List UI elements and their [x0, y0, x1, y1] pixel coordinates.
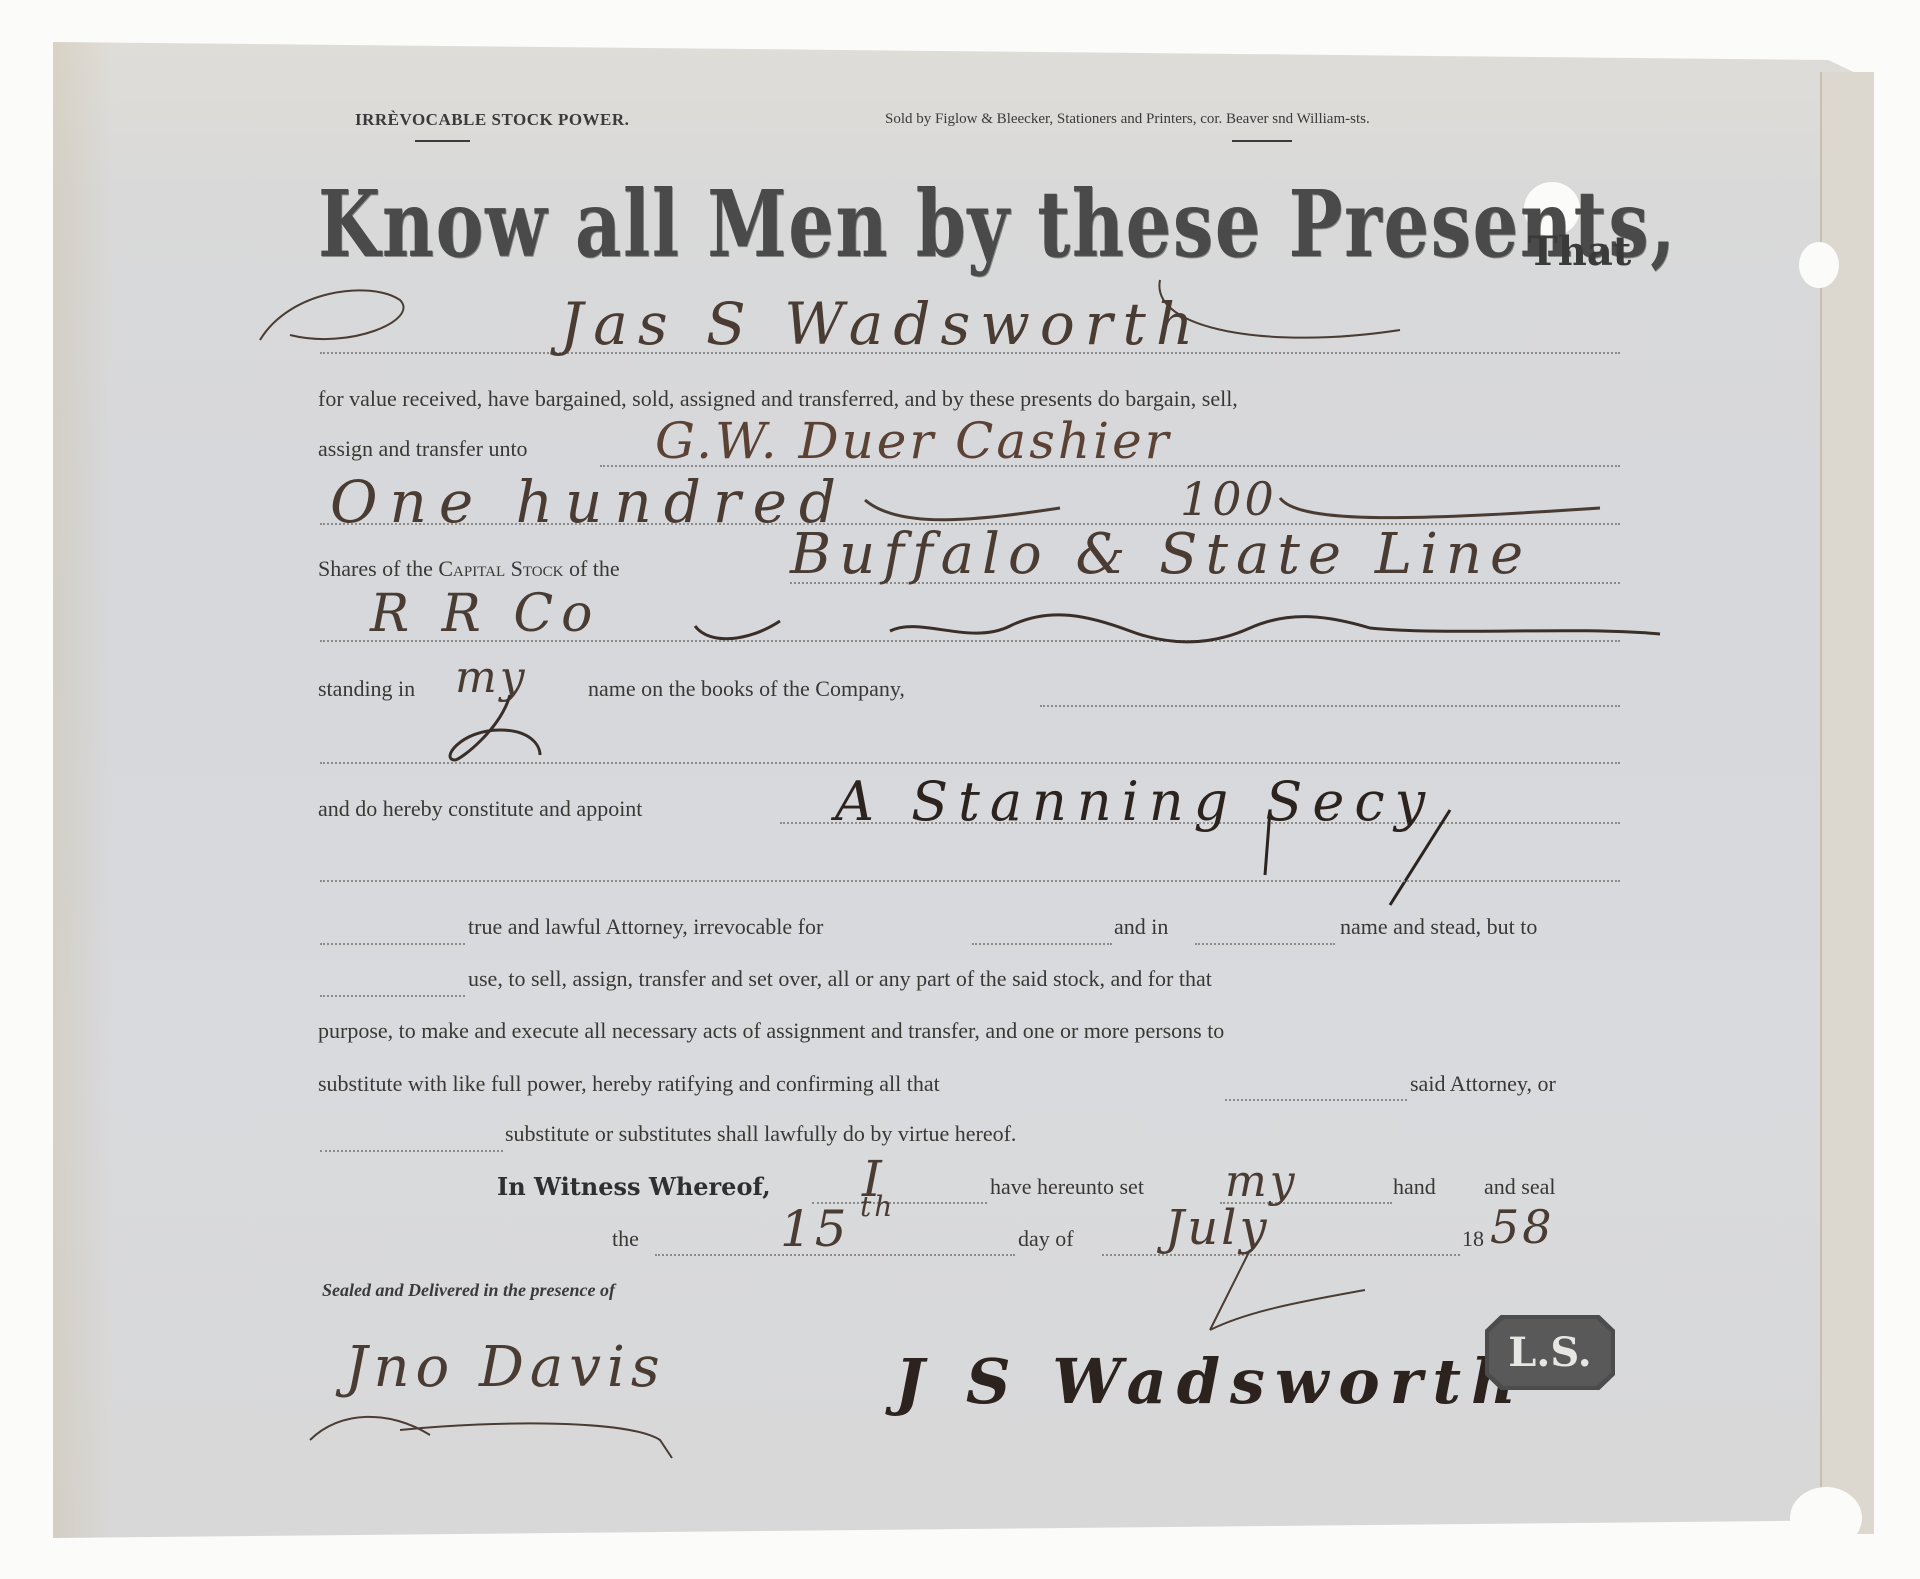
standing-flourish — [440, 690, 560, 770]
blank-line — [320, 880, 1620, 882]
witness-text-1: have hereunto set — [990, 1174, 1144, 1200]
printer-credit: Sold by Figlow & Bleecker, Stationers an… — [885, 111, 1370, 128]
day-suffix-handwritten: th — [860, 1190, 895, 1223]
value-received-text: for value received, have bargained, sold… — [318, 386, 1238, 412]
standing-suffix-text: name on the books of the Company, — [588, 676, 905, 702]
month-flourish — [1190, 1250, 1370, 1340]
para-1b: and in — [1114, 914, 1168, 940]
standing-prefix-text: standing in — [318, 676, 415, 702]
grantor-flourish-right — [1150, 270, 1410, 360]
shares-prefix-1: Shares of the — [318, 556, 438, 581]
witness-label: In Witness Whereof, — [497, 1172, 771, 1201]
folded-edge-strip — [1820, 72, 1874, 1534]
year-printed: 18 — [1462, 1226, 1484, 1252]
month-handwritten: July — [1165, 1200, 1270, 1256]
sealed-delivered-label: Sealed and Delivered in the presence of — [322, 1280, 615, 1301]
appoint-prefix-text: and do hereby constitute and appoint — [318, 796, 642, 822]
header-rule-right — [1232, 140, 1292, 142]
para-1a: true and lawful Attorney, irrevocable fo… — [468, 914, 823, 940]
shares-count-handwritten: One hundred — [330, 468, 848, 536]
date-mid: day of — [1018, 1226, 1074, 1252]
ls-seal-text: L.S. — [1508, 1329, 1591, 1376]
company-flourish — [690, 606, 1670, 646]
day-handwritten: 15 — [780, 1200, 850, 1258]
shares-prefix-2: of the — [563, 556, 619, 581]
attorney-flourish — [1250, 800, 1550, 910]
year-handwritten: 58 — [1490, 1200, 1555, 1254]
witness-text-2: hand — [1393, 1174, 1436, 1200]
assignee-handwritten: G.W. Duer Cashier — [655, 412, 1172, 470]
assign-prefix-text: assign and transfer unto — [318, 436, 528, 462]
blank-short — [972, 943, 1112, 945]
document-title: Know all Men by these Presents, — [318, 170, 1677, 278]
para-1c: name and stead, but to — [1340, 914, 1537, 940]
ls-seal: L.S. — [1485, 1315, 1615, 1390]
para-4b: said Attorney, or — [1410, 1071, 1556, 1097]
witness-text-3: and seal — [1484, 1174, 1555, 1200]
date-prefix: the — [612, 1226, 639, 1252]
blank-short — [1225, 1099, 1407, 1101]
shares-prefix-text: Shares of the Capital Stock of the — [318, 556, 620, 582]
punch-hole — [1790, 1487, 1862, 1549]
form-name: IRRÈVOCABLE STOCK POWER. — [355, 110, 629, 130]
para-2: use, to sell, assign, transfer and set o… — [468, 966, 1212, 992]
para-5: substitute or substitutes shall lawfully… — [505, 1121, 1016, 1147]
title-that: That — [1528, 228, 1631, 275]
para-4a: substitute with like full power, hereby … — [318, 1071, 940, 1097]
blank-short — [320, 995, 465, 997]
grantor-signature: J S Wadsworth — [895, 1345, 1526, 1418]
header-rule-left — [415, 140, 470, 142]
para-3: purpose, to make and execute all necessa… — [318, 1018, 1224, 1044]
company-handwritten-2: R R Co — [370, 584, 600, 644]
blank-short — [1195, 943, 1335, 945]
standing-line — [1040, 705, 1620, 707]
grantor-handwritten: Jas S Wadsworth — [560, 290, 1203, 358]
witness-signature-underline — [300, 1390, 680, 1460]
capital-stock-label: Capital Stock — [438, 556, 563, 581]
blank-short — [320, 1150, 503, 1152]
company-handwritten-1: Buffalo & State Line — [790, 522, 1531, 587]
blank-short — [320, 943, 465, 945]
blank-line — [320, 762, 1620, 764]
punch-hole — [1799, 242, 1839, 288]
grantor-flourish — [250, 280, 450, 360]
